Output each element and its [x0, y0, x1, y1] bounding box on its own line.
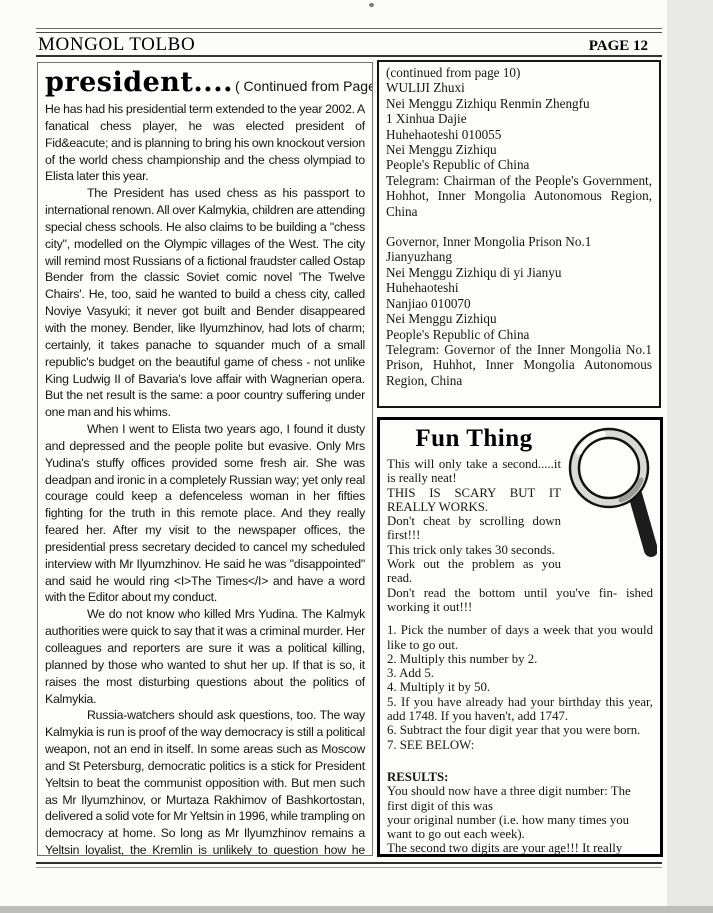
address-line: Nanjiao 010070 [386, 296, 652, 311]
fun-thing-results: You should now have a three digit number… [387, 784, 653, 857]
article-paragraph: He has had his presidential term extende… [45, 101, 365, 185]
footer-rule-lower [36, 867, 662, 868]
address-line: WULIJI Zhuxi [386, 80, 652, 95]
article-headline-row: president....( Continued from Page 7 ) [45, 67, 365, 98]
article-paragraph: Russia-watchers should ask questions, to… [45, 707, 365, 856]
fun-step: 4. Multiply it by 50. [387, 680, 653, 694]
continued-from-page-10-note: (continued from page 10) [386, 65, 652, 80]
address-line: Huhehaoteshi [386, 280, 652, 295]
page-number: PAGE 12 [589, 38, 648, 55]
masthead-top-rule-upper [36, 28, 662, 29]
address-line: Nei Menggu Zizhiqu di yi Jianyu [386, 265, 652, 280]
president-article-box: president....( Continued from Page 7 ) H… [37, 62, 373, 856]
fun-intro-line: Don't read the bottom until you've fin- … [387, 586, 653, 615]
address-line: Telegram: Governor of the Inner Mongolia… [386, 342, 652, 388]
article-paragraph: We do not know who killed Mrs Yudina. Th… [45, 606, 365, 707]
address-line: Nei Menggu Zizhiqu [386, 311, 652, 326]
address-line: Governor, Inner Mongolia Prison No.1 [386, 234, 652, 249]
fun-step: 1. Pick the number of days a week that y… [387, 623, 653, 652]
results-label: RESULTS: [387, 770, 653, 784]
footer-rule-upper [36, 862, 662, 864]
address-line: Nei Menggu Zizhiqu Renmin Zhengfu [386, 96, 652, 111]
fun-thing-box: Fun Thing This will only take a second..… [377, 417, 663, 857]
address-block-chairman: WULIJI ZhuxiNei Menggu Zizhiqu Renmin Zh… [386, 80, 652, 219]
article-paragraph: When I went to Elista two years ago, I f… [45, 421, 365, 606]
fun-step: 2. Multiply this number by 2. [387, 652, 653, 666]
article-headline: president.... [45, 67, 233, 98]
fun-step: 3. Add 5. [387, 666, 653, 680]
fun-step: 5. If you have already had your birthday… [387, 695, 653, 724]
address-line: Nei Menggu Zizhiqu [386, 142, 652, 157]
newsletter-title: MONGOL TOLBO [38, 34, 195, 56]
results-line: The second two digits are your age!!! It… [387, 841, 653, 857]
address-block-governor: Governor, Inner Mongolia Prison No.1Jian… [386, 234, 652, 388]
fun-step: 7. SEE BELOW: [387, 738, 653, 752]
address-line: Jianyuzhang [386, 249, 652, 264]
scan-edge-bottom [0, 906, 713, 913]
magnifying-glass-icon [565, 424, 657, 564]
masthead-bottom-rule [36, 55, 662, 57]
article-body: He has had his presidential term extende… [45, 101, 365, 856]
address-line: 1 Xinhua Dajie [386, 111, 652, 126]
results-line: You should now have a three digit number… [387, 784, 653, 813]
scan-edge-right [667, 0, 713, 913]
masthead-top-rule-lower [36, 32, 662, 33]
address-line: Telegram: Chairman of the People's Gover… [386, 173, 652, 219]
address-line: Huhehaoteshi 010055 [386, 127, 652, 142]
address-block-gap [386, 219, 652, 234]
address-line: People's Republic of China [386, 327, 652, 342]
address-list-box: (continued from page 10) WULIJI ZhuxiNei… [377, 60, 661, 408]
fun-thing-steps: 1. Pick the number of days a week that y… [387, 623, 653, 752]
results-line: your original number (i.e. how many time… [387, 813, 653, 842]
address-line: People's Republic of China [386, 157, 652, 172]
scan-speck [369, 3, 374, 7]
newsletter-page: MONGOL TOLBO PAGE 12 president....( Cont… [0, 0, 713, 913]
fun-step: 6. Subtract the four digit year that you… [387, 723, 653, 737]
article-paragraph: The President has used chess as his pass… [45, 185, 365, 421]
continued-from-page-7-note: ( Continued from Page 7 ) [235, 78, 373, 94]
